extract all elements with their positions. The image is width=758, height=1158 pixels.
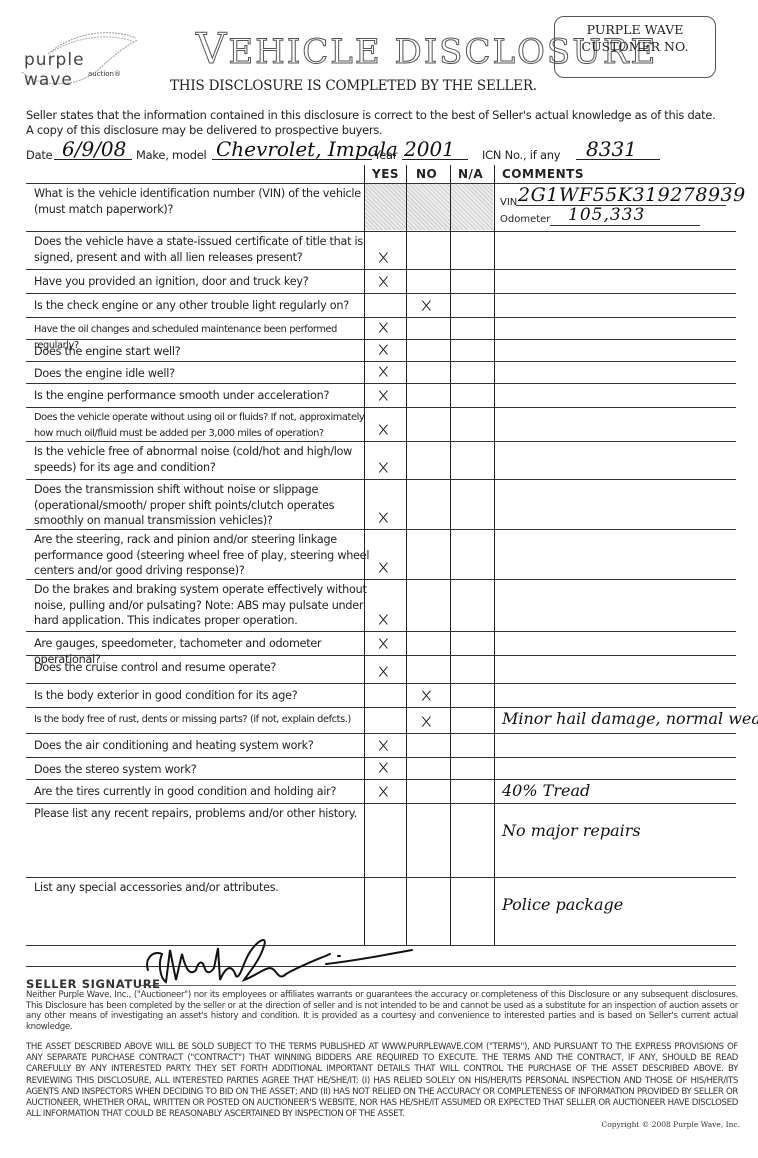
purple-wave-logo: purple wave auction® [18,30,128,86]
question-text: Does the stereo system work? [34,762,374,778]
column-comments: COMMENTS [502,167,584,181]
logo-subtext: auction® [88,70,121,78]
answer-no-mark[interactable]: × [419,685,433,705]
answer-yes-mark[interactable]: × [376,271,390,291]
question-text: Have you provided an ignition, door and … [34,274,374,290]
answer-yes-mark[interactable]: × [376,457,390,477]
answer-yes-mark[interactable]: × [376,661,390,681]
question-text: Does the transmission shift without nois… [34,482,374,529]
answer-yes-mark[interactable]: × [376,781,390,801]
answer-yes-mark[interactable]: × [376,317,390,337]
question-text: Is the check engine or any other trouble… [34,298,374,314]
column-divider [406,165,407,945]
row-divider [26,529,736,530]
row-divider [26,877,736,878]
copyright-text: Copyright © 2008 Purple Wave, Inc. [602,1120,741,1129]
answer-yes-mark[interactable]: × [376,735,390,755]
icn-label: ICN No., if any [482,148,560,162]
icn-field[interactable]: 8331 [586,137,637,161]
question-text: Do the brakes and braking system operate… [34,582,374,629]
answer-yes-mark[interactable]: × [376,247,390,267]
intro-line-2: A copy of this disclosure may be deliver… [26,123,716,138]
question-text: Does the engine idle well? [34,366,374,382]
question-text: Are the tires currently in good conditio… [34,784,374,800]
question-text: Does the engine start well? [34,344,374,360]
comment-text[interactable]: No major repairs [502,821,641,840]
disclaimer-text: Neither Purple Wave, Inc., ("Auctioneer"… [26,990,738,1032]
row-divider [26,803,736,804]
column-divider [364,165,365,945]
odometer-label: Odometer [500,214,550,225]
vin-label: VIN [500,197,517,208]
customer-number-label: PURPLE WAVE CUSTOMER NO. [555,21,715,55]
question-text: Is the engine performance smooth under a… [34,388,374,404]
question-text: Is the vehicle free of abnormal noise (c… [34,444,374,475]
date-field[interactable]: 6/9/08 [62,137,126,161]
make-model-field[interactable]: Chevrolet, Impala [216,137,398,161]
shaded-cells [365,184,493,230]
comment-text[interactable]: Minor hail damage, normal wear + tear [502,709,758,728]
question-text: Does the vehicle have a state-issued cer… [34,234,374,265]
column-divider [494,165,495,945]
answer-yes-mark[interactable]: × [376,339,390,359]
year-label: Year [374,148,397,162]
row-divider [26,579,736,580]
question-text: Does the air conditioning and heating sy… [34,738,374,754]
question-text: Does the vehicle operate without using o… [34,410,374,441]
answer-yes-mark[interactable]: × [376,633,390,653]
question-text: Does the cruise control and resume opera… [34,660,374,676]
row-divider [26,293,736,294]
column-na: N/A [458,167,483,181]
row-divider [26,655,736,656]
column-divider [450,165,451,945]
row-divider [26,231,736,232]
row-divider [26,441,736,442]
question-text: What is the vehicle identification numbe… [34,186,374,217]
terms-text: THE ASSET DESCRIBED ABOVE WILL BE SOLD S… [26,1042,738,1120]
answer-no-mark[interactable]: × [419,295,433,315]
question-text: Is the body exterior in good condition f… [34,688,374,704]
column-yes: YES [372,167,399,181]
row-divider [26,707,736,708]
make-model-label: Make, model [136,148,207,162]
vehicle-info-line: Date 6/9/08 Make, model Chevrolet, Impal… [26,137,736,161]
column-no: NO [416,167,437,181]
customer-number-label-line2: CUSTOMER NO. [555,38,715,55]
answer-yes-mark[interactable]: × [376,757,390,777]
comment-text[interactable]: 40% Tread [502,781,590,800]
row-divider [26,683,736,684]
answer-yes-mark[interactable]: × [376,361,390,381]
seller-signature[interactable] [140,930,440,990]
odometer-underline [550,225,700,226]
row-divider [26,479,736,480]
answer-no-mark[interactable]: × [419,711,433,731]
vin-field[interactable]: 2G1WF55K319278939 [518,184,746,206]
question-text: Please list any recent repairs, problems… [34,806,374,822]
question-text: List any special accessories and/or attr… [34,880,374,896]
year-field[interactable]: 2001 [404,137,455,161]
answer-yes-mark[interactable]: × [376,385,390,405]
title-initial: V [196,24,228,73]
customer-number-label-line1: PURPLE WAVE [555,21,715,38]
answer-yes-mark[interactable]: × [376,507,390,527]
customer-number-box[interactable]: PURPLE WAVE CUSTOMER NO. [554,16,716,78]
question-text: Is the body free of rust, dents or missi… [34,712,374,728]
intro-statement: Seller states that the information conta… [26,108,716,138]
disclosure-table: YES NO N/A COMMENTS What is the vehicle … [26,165,736,945]
answer-yes-mark[interactable]: × [376,609,390,629]
question-text: Are the steering, rack and pinion and/or… [34,532,374,579]
row-divider [26,407,736,408]
answer-yes-mark[interactable]: × [376,419,390,439]
comment-text[interactable]: Police package [502,895,623,914]
page-subtitle: THIS DISCLOSURE IS COMPLETED BY THE SELL… [170,78,537,94]
answer-yes-mark[interactable]: × [376,557,390,577]
odometer-field[interactable]: 105,333 [568,205,645,225]
date-label: Date [26,148,52,162]
intro-line-1: Seller states that the information conta… [26,108,716,123]
